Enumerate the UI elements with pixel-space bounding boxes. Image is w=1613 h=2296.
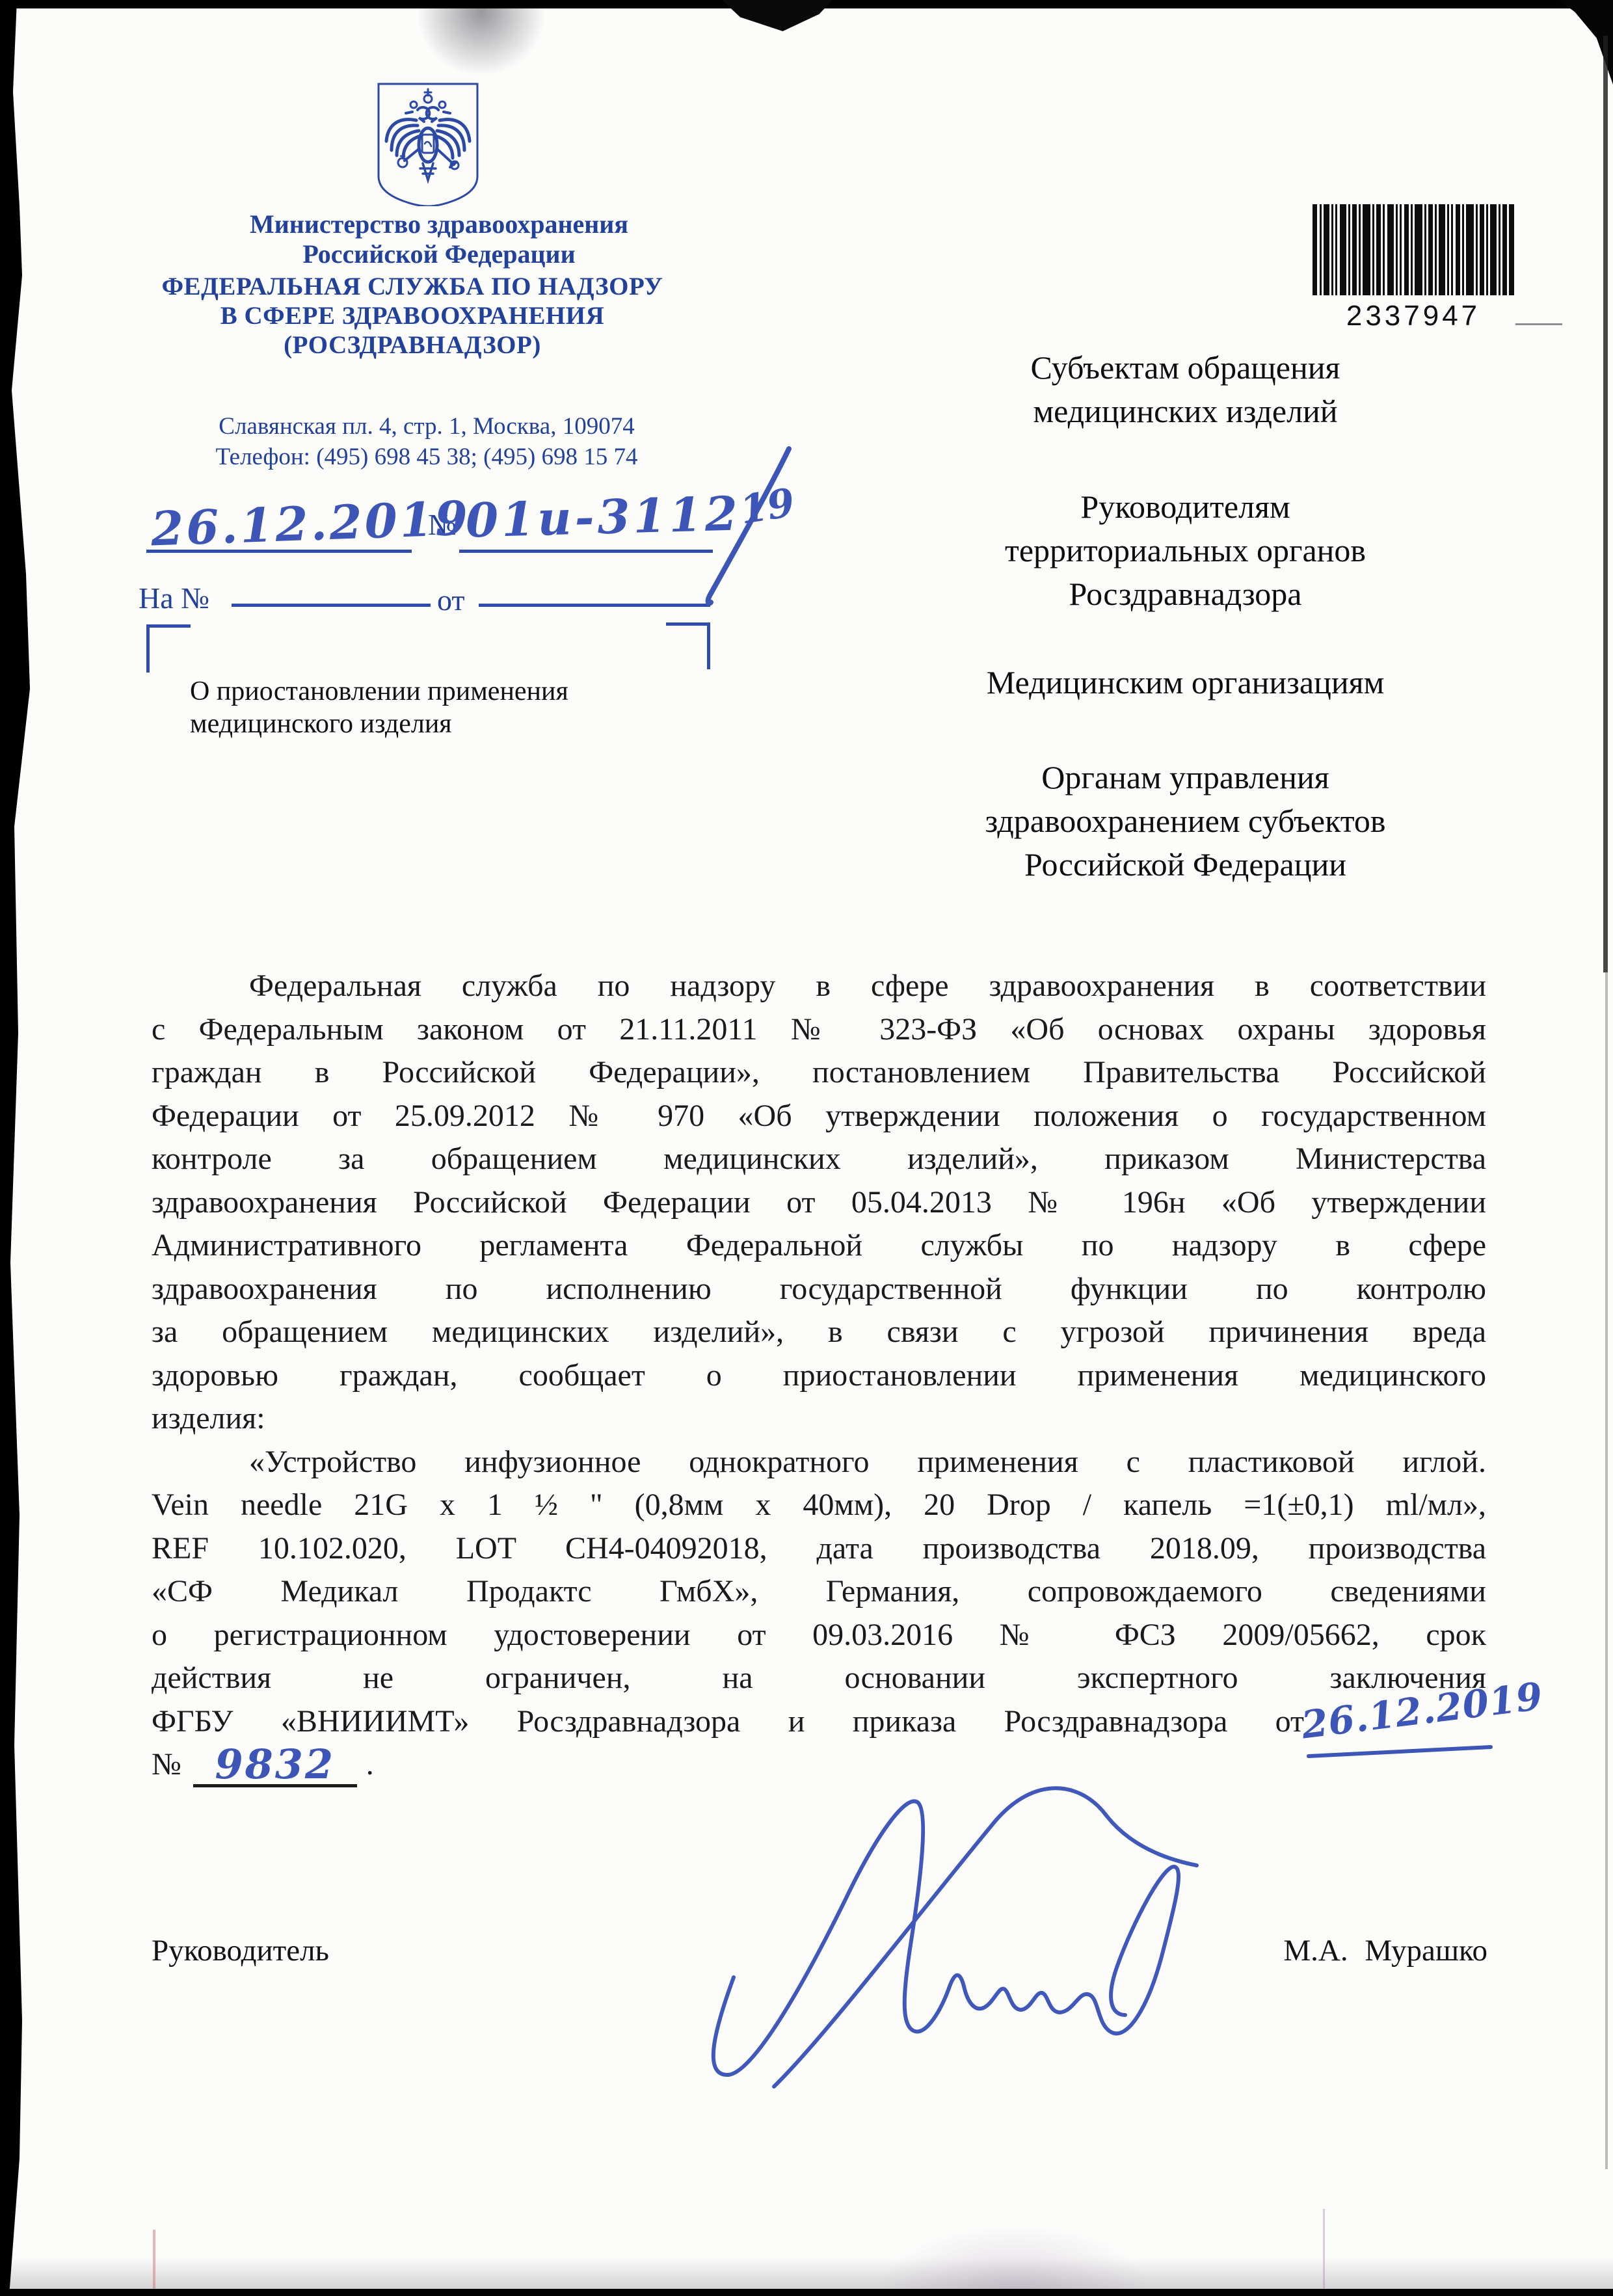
- corner-bracket-right-v: [707, 622, 710, 669]
- recipient-group-health-authorities: Органам управления здравоохранением субъ…: [881, 756, 1489, 887]
- scan-artifact-bottom-shadow: [0, 2257, 1613, 2289]
- reply-number-blank-line: [232, 604, 431, 607]
- recipient-line: Росздравнадзора: [881, 572, 1489, 616]
- body-line: Федерации от 25.09.2012 № 970 «Об утверж…: [152, 1095, 1486, 1138]
- recipient-line: Руководителям: [881, 485, 1489, 529]
- scan-artifact-gray-line: [1515, 323, 1562, 325]
- letterhead-ministry: Министерство здравоохранения Российской …: [224, 209, 654, 269]
- signature-scrawl: [713, 1788, 1197, 2087]
- reply-date-blank-line: [479, 604, 710, 607]
- scan-artifact-left-edge: [0, 0, 30, 2296]
- scan-artifact-top-notch: [722, 0, 833, 31]
- scan-artifact-top-smudge: [416, 5, 546, 77]
- handwritten-number-suffix: 19: [737, 480, 797, 533]
- recipient-group-medical-orgs: Медицинским организациям: [881, 661, 1489, 704]
- letterhead-service: ФЕДЕРАЛЬНАЯ СЛУЖБА ПО НАДЗОРУ В СФЕРЕ ЗД…: [148, 272, 676, 360]
- recipient-line: Российской Федерации: [881, 843, 1489, 887]
- signer-name: М.А. Мурашко: [1239, 1933, 1487, 1968]
- letterhead-contacts: Славянская пл. 4, стр. 1, Москва, 109074…: [163, 411, 691, 472]
- body-order-number-line: №9832.: [152, 1743, 1486, 1787]
- body-line: здоровью граждан, сообщает о приостановл…: [152, 1354, 1486, 1398]
- recipient-line: территориальных органов: [881, 529, 1489, 572]
- barcode-number: 2337947: [1313, 300, 1514, 332]
- body-line: с Федеральным законом от 21.11.2011 № 32…: [152, 1008, 1486, 1052]
- order-number-label: №: [152, 1747, 181, 1782]
- corner-bracket-right-h: [666, 622, 710, 626]
- body-line: REF 10.102.020, LOT CH4-04092018, дата п…: [152, 1527, 1486, 1571]
- recipient-line: медицинских изделий: [881, 390, 1489, 433]
- corner-bracket-left-v: [146, 624, 150, 673]
- body-line: за обращением медицинских изделий», в св…: [152, 1311, 1486, 1354]
- body-line: Административного регламента Федеральной…: [152, 1224, 1486, 1268]
- service-line3: (РОСЗДРАВНАДЗОР): [148, 330, 676, 360]
- body-line: контроле за обращением медицинских издел…: [152, 1138, 1486, 1181]
- reply-from-label: от: [437, 583, 465, 617]
- letterhead-address: Славянская пл. 4, стр. 1, Москва, 109074: [163, 411, 691, 442]
- period: .: [366, 1747, 374, 1782]
- body-line: «СФ Медикал Продактс ГмбХ», Германия, со…: [152, 1570, 1486, 1614]
- recipient-group-heads: Руководителям территориальных органов Ро…: [881, 485, 1489, 616]
- scan-artifact-haze: [878, 2224, 1151, 2289]
- recipient-line: Субъектам обращения: [881, 346, 1489, 390]
- recipient-group-subjects: Субъектам обращения медицинских изделий: [881, 346, 1489, 433]
- letterhead-phone: Телефон: (495) 698 45 38; (495) 698 15 7…: [163, 442, 691, 472]
- body-line: «Устройство инфузионное однократного при…: [152, 1441, 1486, 1484]
- body-line: здравоохранения Российской Федерации от …: [152, 1181, 1486, 1225]
- barcode-block: 2337947: [1313, 204, 1514, 332]
- handwritten-outgoing-date: 26.12.2019: [150, 490, 472, 556]
- body-line: Федеральная служба по надзору в сфере зд…: [152, 965, 1486, 1008]
- recipient-line: Органам управления: [881, 756, 1489, 799]
- body-line: Vein needle 21G x 1 ½ " (0,8мм х 40мм), …: [152, 1484, 1486, 1527]
- letter-body: Федеральная служба по надзору в сфере зд…: [152, 965, 1486, 1787]
- recipient-line: здравоохранением субъектов: [881, 799, 1489, 843]
- order-number-blank: 9832: [193, 1745, 357, 1787]
- signature-stroke: [1087, 1867, 1179, 2034]
- handwritten-order-number: 9832: [215, 1741, 336, 1788]
- signature-stroke: [713, 1801, 1087, 2075]
- ministry-line2: Российской Федерации: [224, 239, 654, 269]
- number-underline: [459, 550, 713, 553]
- service-line2: В СФЕРЕ ЗДРАВООХРАНЕНИЯ: [148, 301, 676, 330]
- handwritten-outgoing-number: 01и-3112: [465, 485, 741, 548]
- subject-line2: медицинского изделия: [190, 708, 684, 740]
- signer-title: Руководитель: [152, 1933, 329, 1968]
- subject-line1: О приостановлении применения: [190, 675, 684, 708]
- scan-artifact-bottom-edge: [0, 2289, 1613, 2296]
- barcode-icon: [1313, 204, 1514, 295]
- body-line: изделия:: [152, 1397, 1486, 1441]
- body-line: ФГБУ «ВНИИИМТ» Росздравнадзора и приказа…: [152, 1700, 1304, 1744]
- coat-of-arms-icon: [376, 81, 480, 206]
- subject-block: О приостановлении применения медицинског…: [190, 675, 684, 740]
- scan-artifact-right-line-faint: [1605, 972, 1608, 2169]
- service-line1: ФЕДЕРАЛЬНАЯ СЛУЖБА ПО НАДЗОРУ: [148, 272, 676, 301]
- body-line: граждан в Российской Федерации», постано…: [152, 1051, 1486, 1095]
- scan-artifact-pink-streak: [153, 2230, 155, 2289]
- signature-stroke: [774, 1788, 1197, 2087]
- ministry-line1: Министерство здравоохранения: [224, 209, 654, 239]
- scanned-letter-page: Министерство здравоохранения Российской …: [0, 0, 1613, 2296]
- recipient-line: Медицинским организациям: [881, 661, 1489, 704]
- body-line: действия не ограничен, на основании эксп…: [152, 1657, 1486, 1700]
- scan-artifact-pink-streak: [1323, 2209, 1325, 2289]
- body-line: о регистрационном удостоверении от 09.03…: [152, 1614, 1486, 1657]
- scan-artifact-right-line: [1603, 36, 1608, 972]
- reply-to-label: На №: [139, 581, 209, 615]
- corner-bracket-left-h: [146, 624, 191, 628]
- body-line: здравоохранения по исполнению государств…: [152, 1268, 1486, 1311]
